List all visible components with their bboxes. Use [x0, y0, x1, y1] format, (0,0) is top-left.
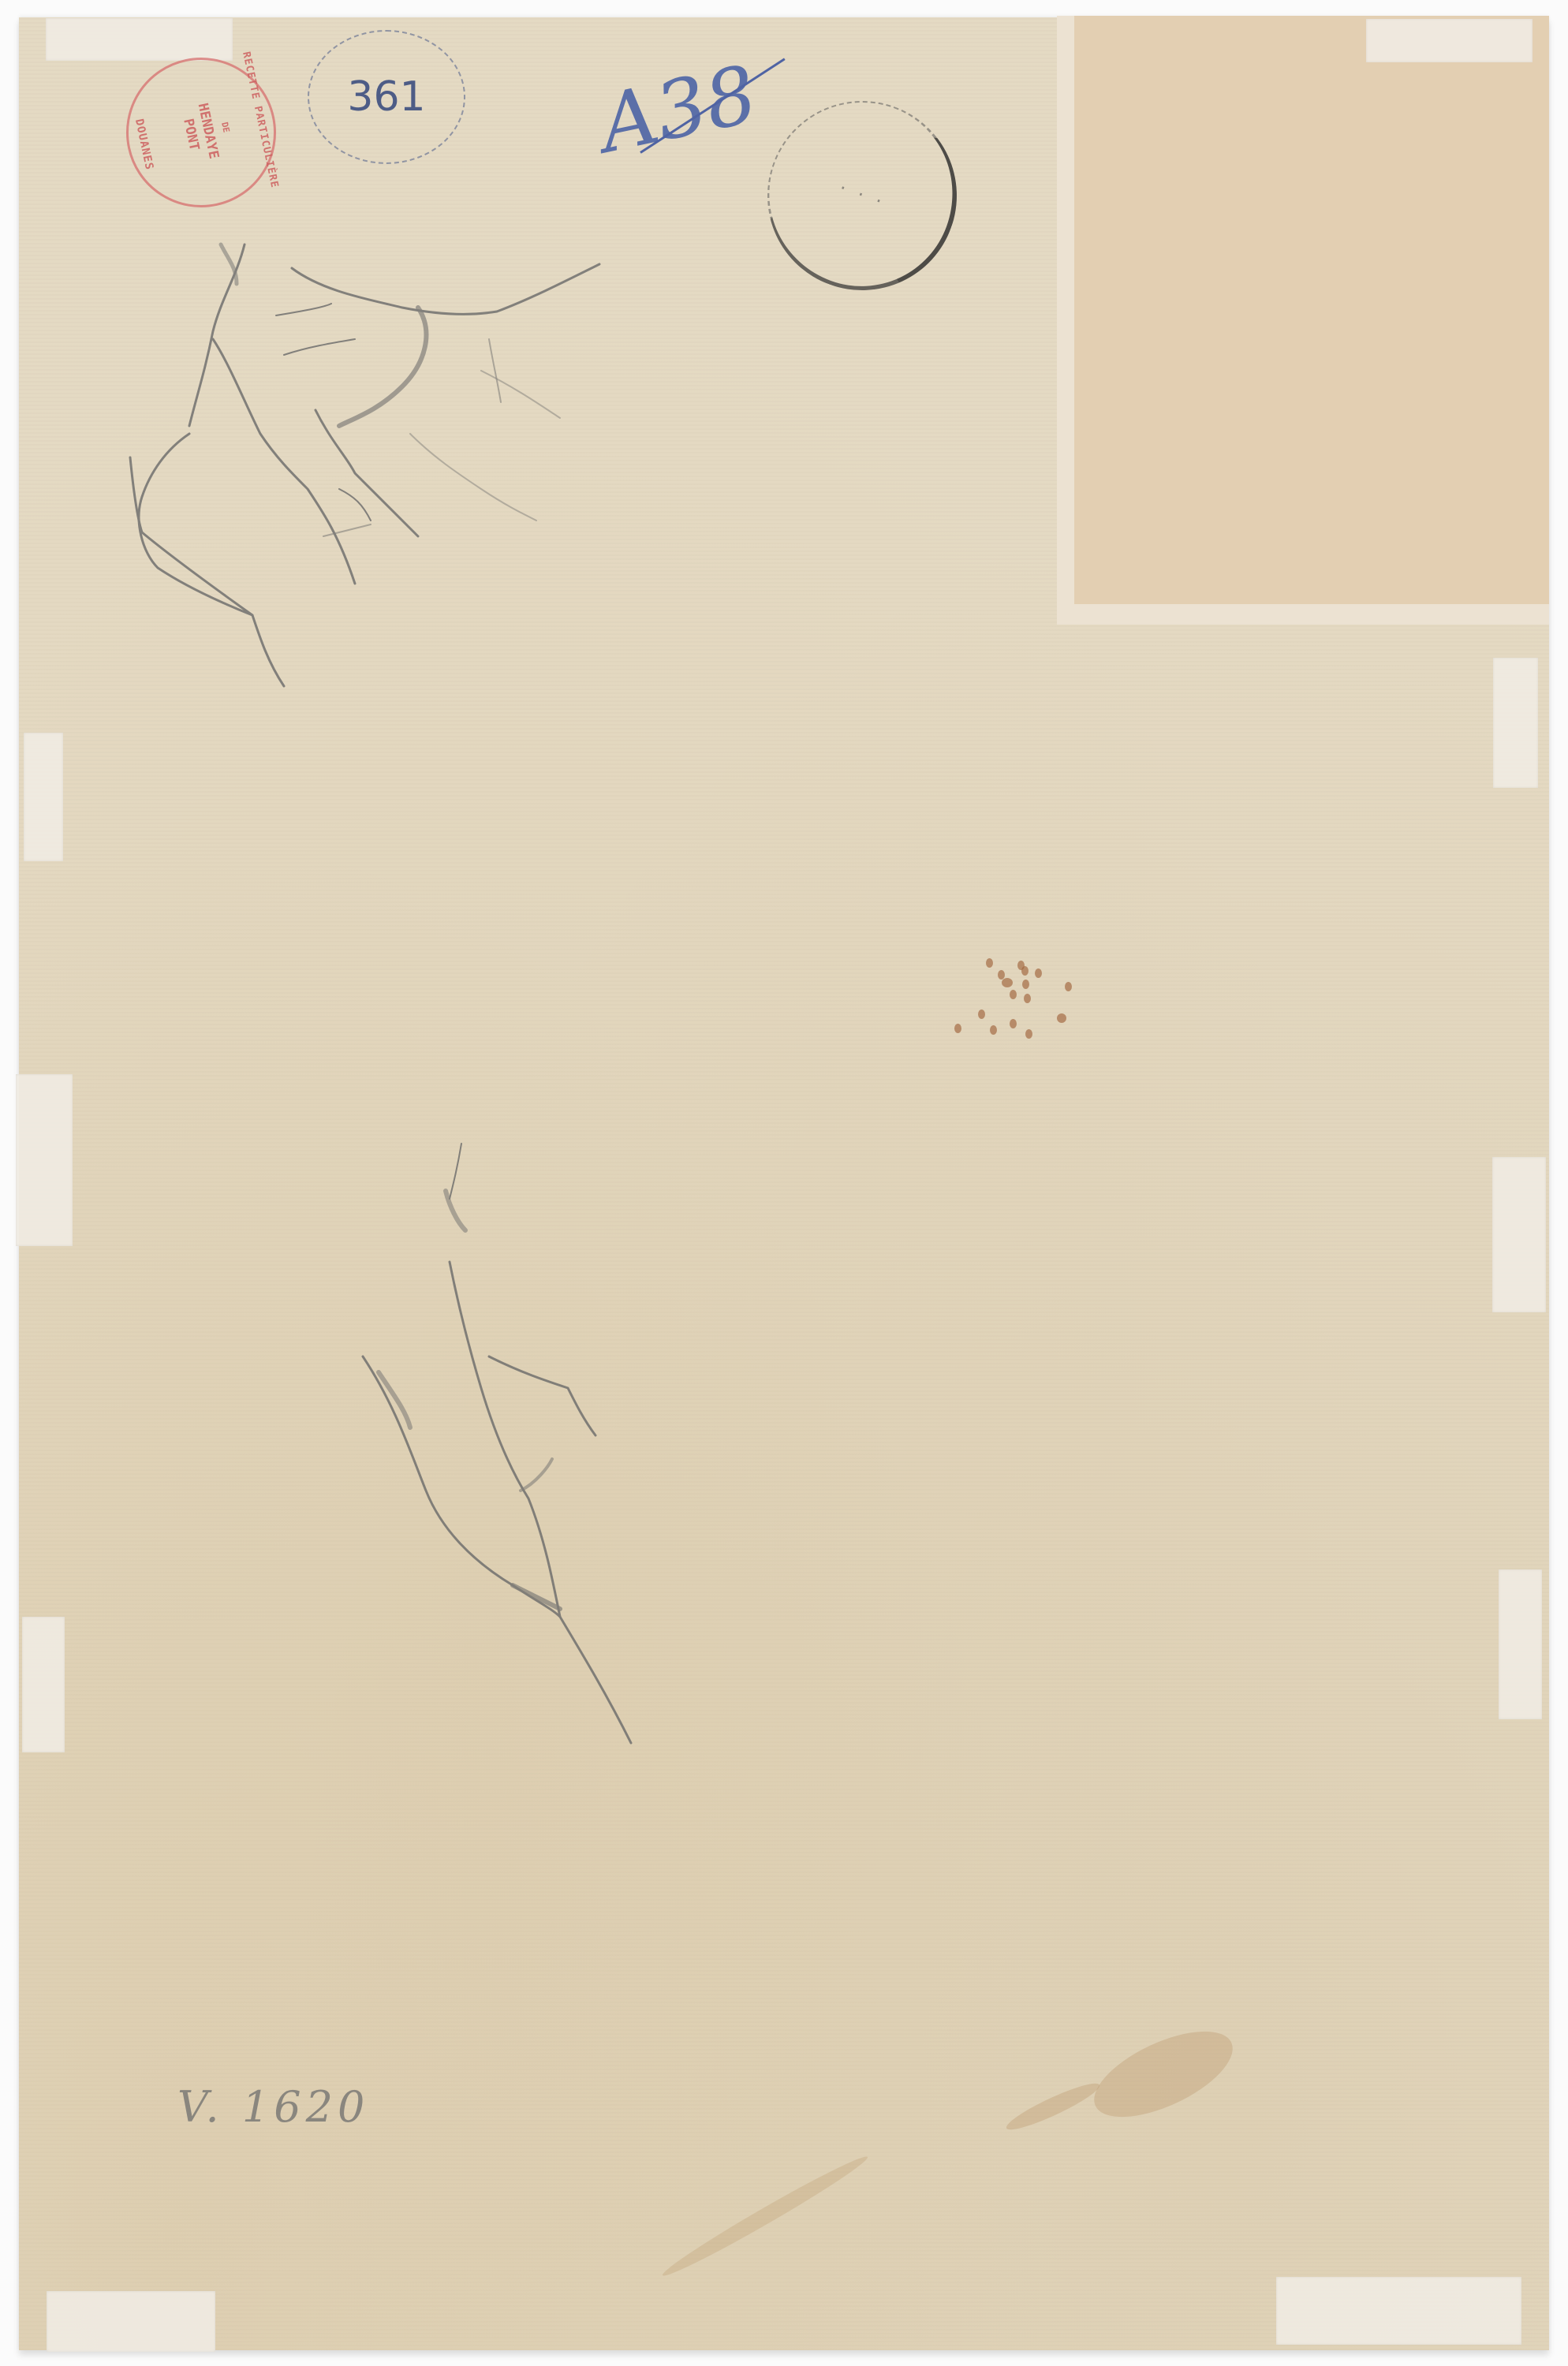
inventory-inscription: V. 1620 [177, 2082, 369, 2132]
lower-figure-sketch [331, 1144, 686, 1774]
hinge-tape-right-1 [1493, 658, 1538, 788]
hinge-tape-bottom-left [47, 2291, 215, 2352]
hinge-tape-top-right [1366, 19, 1533, 62]
hinge-tape-left-3 [22, 1617, 65, 1752]
pasted-paper-patch [1057, 16, 1549, 625]
hinge-tape-left-2 [16, 1074, 73, 1246]
hinge-tape-top-left [46, 18, 233, 61]
postmark-text: · · · [835, 177, 887, 211]
stamp-center-text: DE HENDAYE PONT [167, 54, 248, 207]
upper-figure-sketch [118, 221, 631, 710]
hinge-tape-right-2 [1492, 1157, 1546, 1312]
circled-number-text: 361 [347, 73, 425, 121]
circled-inventory-number: 361 [308, 30, 465, 164]
hinge-tape-left-1 [24, 733, 63, 861]
hinge-tape-right-3 [1499, 1569, 1542, 1719]
hinge-tape-bottom-right [1276, 2277, 1521, 2345]
